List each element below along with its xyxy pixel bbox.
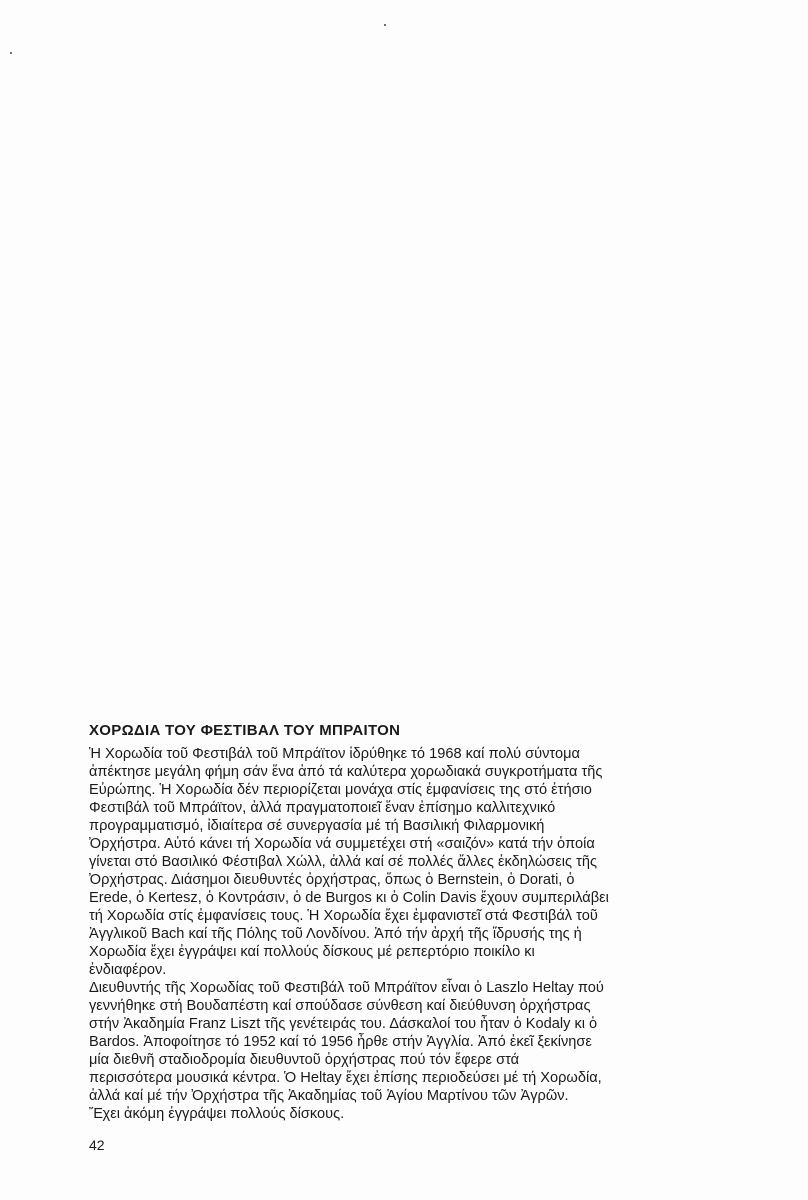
body-line: Χορωδία ἔχει ἐγγράψει καί πολλούς δίσκου… (89, 943, 749, 961)
scan-speck (10, 52, 12, 54)
article-heading: ΧΟΡΩΔΙΑ ΤΟΥ ΦΕΣΤΙΒΑΛ ΤΟΥ ΜΠΡΑΙΤΟΝ (89, 721, 749, 741)
page-number: 42 (89, 1136, 105, 1154)
body-line: Ὀρχήστρας. Διάσημοι διευθυντές ὀρχήστρας… (89, 871, 749, 889)
body-line: ἀλλά καί μέ τήν Ὀρχήστρα τῆς Ἀκαδημίας τ… (89, 1087, 749, 1105)
body-line: τή Χορωδία στίς ἐμφανίσεις τους. Ἡ Χορωδ… (89, 907, 749, 925)
body-line: μία διεθνῆ σταδιοδρομία διευθυντοῦ ὀρχήσ… (89, 1051, 749, 1069)
body-line: ἀπέκτησε μεγάλη φήμη σάν ἕνα ἀπό τά καλύ… (89, 763, 749, 781)
body-line: γίνεται στό Βασιλικό Φέστιβαλ Χώλλ, ἀλλά… (89, 853, 749, 871)
document-page: ΧΟΡΩΔΙΑ ΤΟΥ ΦΕΣΤΙΒΑΛ ΤΟΥ ΜΠΡΑΙΤΟΝ Ἡ Χορω… (0, 0, 808, 1200)
body-line: στήν Ἀκαδημία Franz Liszt τῆς γενέτειράς… (89, 1015, 749, 1033)
scan-speck (384, 24, 386, 26)
body-line: Erede, ὁ Kertesz, ὁ Κοντράσιν, ὁ de Burg… (89, 889, 749, 907)
body-line: Διευθυντής τῆς Χορωδίας τοῦ Φεστιβάλ τοῦ… (89, 979, 749, 997)
body-line: Φεστιβάλ τοῦ Μπράϊτον, ἀλλά πραγματοποιε… (89, 799, 749, 817)
body-line: Ὀρχήστρα. Αὐτό κάνει τή Χορωδία νά συμμε… (89, 835, 749, 853)
body-line: προγραμματισμό, ἰδιαίτερα σέ συνεργασία … (89, 817, 749, 835)
body-line: ἐνδιαφέρον. (89, 961, 749, 979)
article: ΧΟΡΩΔΙΑ ΤΟΥ ΦΕΣΤΙΒΑΛ ΤΟΥ ΜΠΡΑΙΤΟΝ Ἡ Χορω… (89, 721, 749, 1123)
body-line: Ἀγγλικοῦ Bach καί τῆς Πόλης τοῦ Λονδίνου… (89, 925, 749, 943)
body-line: Ἡ Χορωδία τοῦ Φεστιβάλ τοῦ Μπράϊτον ἱδρύ… (89, 745, 749, 763)
body-line: Εὐρώπης. Ἡ Χορωδία δέν περιορίζεται μονά… (89, 781, 749, 799)
body-line: Bardos. Ἀποφοίτησε τό 1952 καί τό 1956 ἦ… (89, 1033, 749, 1051)
article-body: Ἡ Χορωδία τοῦ Φεστιβάλ τοῦ Μπράϊτον ἱδρύ… (89, 745, 749, 1123)
body-line: περισσότερα μουσικά κέντρα. Ὁ Heltay ἔχε… (89, 1069, 749, 1087)
body-line: γεννήθηκε στή Βουδαπέστη καί σπούδασε σύ… (89, 997, 749, 1015)
body-line: Ἔχει ἀκόμη ἐγγράψει πολλούς δίσκους. (89, 1105, 749, 1123)
